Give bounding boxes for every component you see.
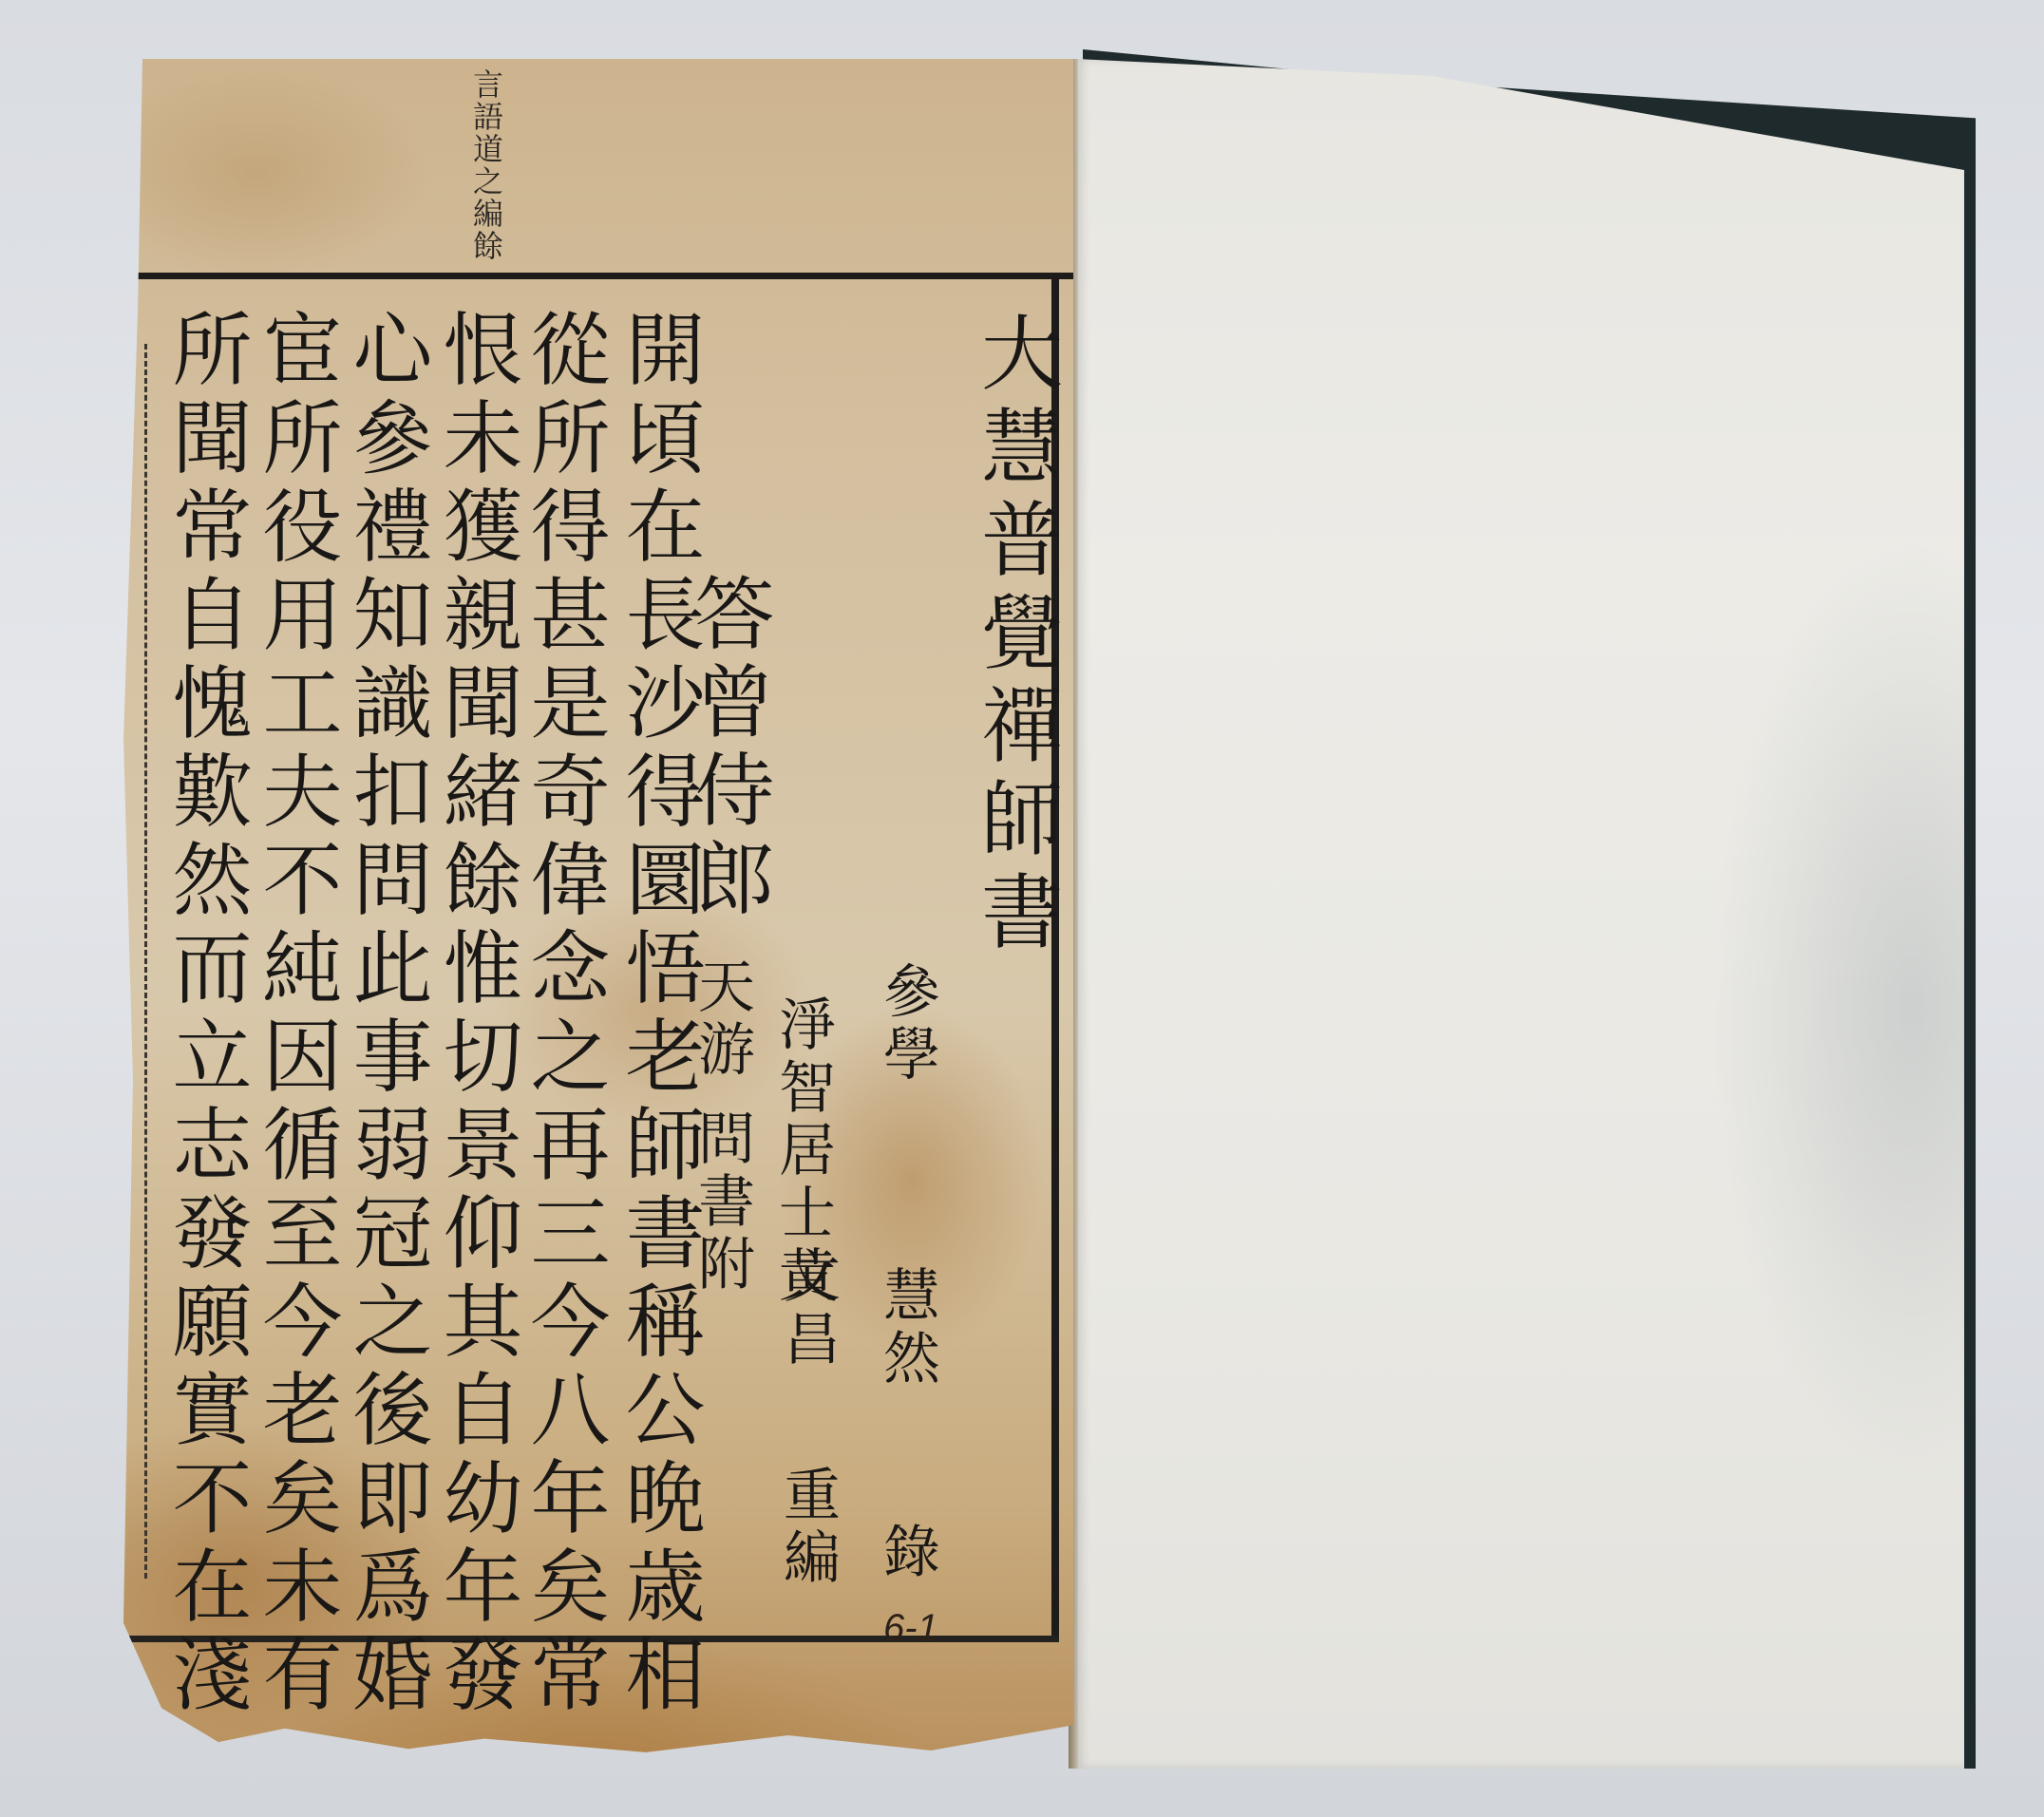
- margin-note: 言語道之編餘: [470, 68, 508, 262]
- handwritten-volume-number: 6-1: [883, 1607, 938, 1650]
- page-title: 大慧普覺禪師書: [974, 311, 1055, 962]
- body-column-6: 所聞常自愧歎然而立志發願實不在淺: [166, 308, 246, 1721]
- body-column-3: 恨未獲親聞緒餘惟切景仰其自幼年發: [437, 308, 517, 1721]
- printed-page: 言語道之編餘 大慧普覺禪師書 參學 慧然 錄 淨智居士黃 文昌 重編 答曾侍郎 …: [123, 59, 1073, 1759]
- compiler-1-name: 慧然: [879, 1265, 936, 1391]
- body-column-5: 宦所役用工夫不純因循至今老矣未有: [256, 308, 336, 1721]
- body-column-1: 開頃在長沙得圜悟老師書稱公晩歳相: [619, 308, 699, 1721]
- frame-border-left: [144, 344, 147, 1579]
- compiler-1-role: 參學: [879, 961, 936, 1087]
- compiler-2-action: 重編: [779, 1465, 836, 1590]
- compiler-1-action: 錄: [879, 1522, 936, 1584]
- blank-protective-leaf: [1076, 59, 1964, 1769]
- body-column-2: 從所得甚是奇偉念之再三今八年矣常: [524, 308, 604, 1721]
- frame-border-top: [123, 273, 1073, 279]
- body-column-4: 心參禮知識扣問此事弱冠之後即爲婚: [347, 308, 426, 1721]
- compiler-2-name: 文昌: [779, 1246, 836, 1372]
